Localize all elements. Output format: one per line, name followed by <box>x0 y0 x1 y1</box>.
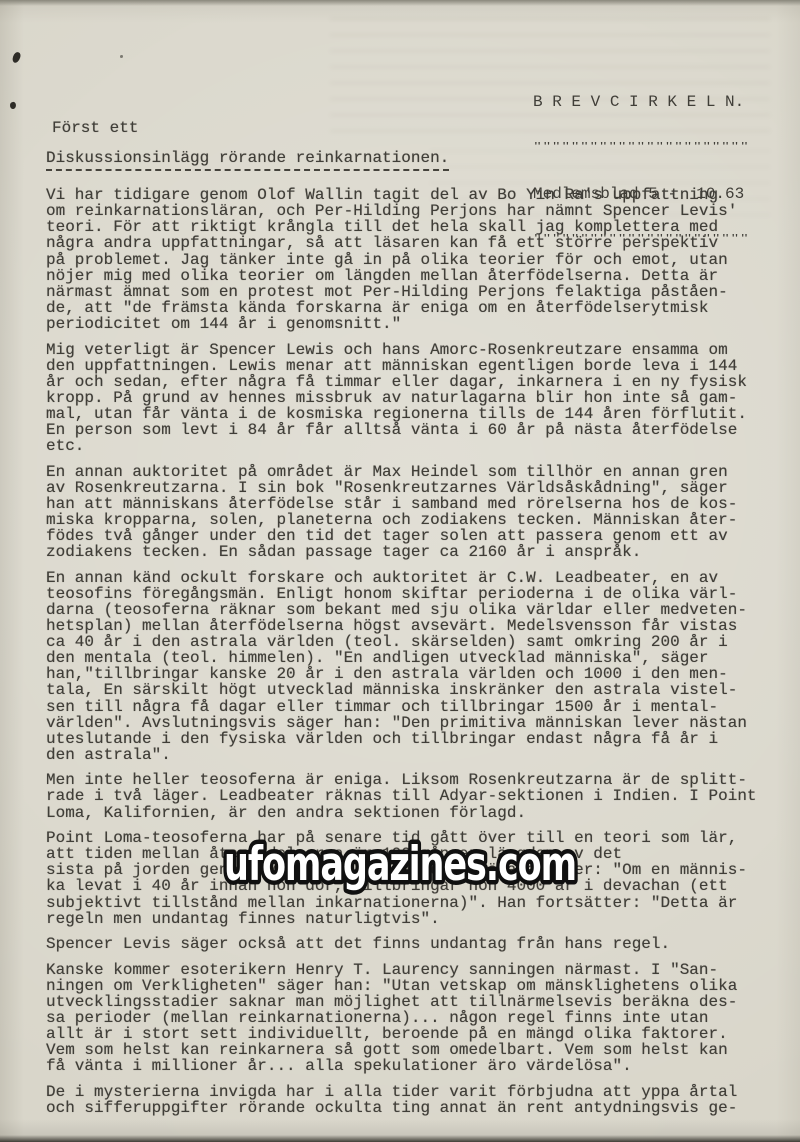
ink-speck <box>120 55 123 58</box>
scan-edge-top <box>0 0 800 6</box>
paragraph: En annan känd ockult forskare och auktor… <box>46 570 782 763</box>
scanned-newsletter-page: B R E V C I R K E L N. """""""""""""""""… <box>0 0 800 1142</box>
intro-line: Först ett <box>52 120 782 136</box>
letter-body: Först ett Diskussionsinlägg rörande rein… <box>46 120 782 1126</box>
paragraph: Spencer Levis säger också att det finns … <box>46 936 782 952</box>
ink-speck <box>9 101 16 109</box>
paragraph: Mig veterligt är Spencer Lewis och hans … <box>46 342 782 455</box>
watermark-text: ufomagazines.com <box>224 837 576 892</box>
ink-speck <box>11 51 21 64</box>
article-heading: Diskussionsinlägg rörande reinkarnatione… <box>46 150 782 171</box>
paragraph: De i mysterierna invigda har i alla tide… <box>46 1084 782 1116</box>
newsletter-title: B R E V C I R K E L N. <box>533 94 749 110</box>
paragraph: Men inte heller teosoferna är eniga. Lik… <box>46 772 782 820</box>
paragraph: Kanske kommer esoterikern Henry T. Laure… <box>46 962 782 1075</box>
paragraph: En annan auktoritet på området är Max He… <box>46 464 782 561</box>
paragraphs: Vi har tidigare genom Olof Wallin tagit … <box>46 187 782 1116</box>
watermark: ufomagazines.com <box>208 828 592 904</box>
paragraph: Vi har tidigare genom Olof Wallin tagit … <box>46 187 782 332</box>
article-heading-text: Diskussionsinlägg rörande reinkarnatione… <box>46 150 449 171</box>
scan-edge-bottom <box>0 1135 800 1142</box>
